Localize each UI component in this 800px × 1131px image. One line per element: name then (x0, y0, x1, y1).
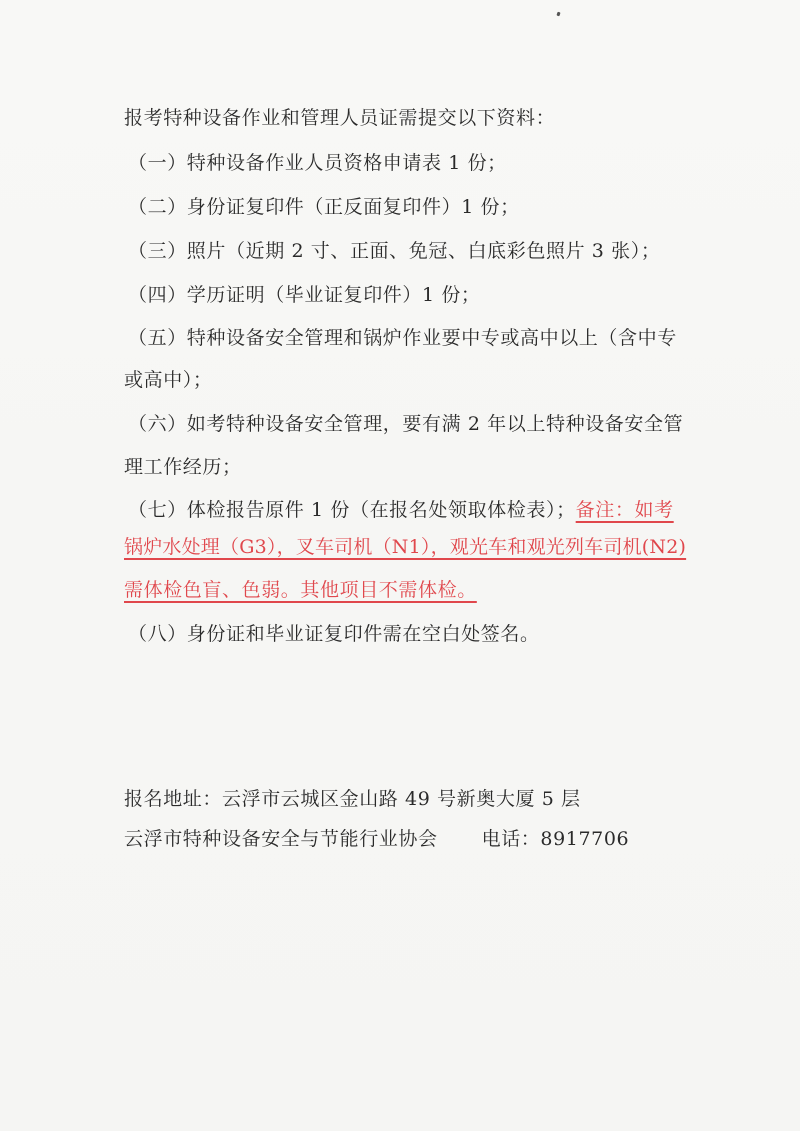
item-7-text: （七）体检报告原件 1 份（在报名处领取体检表）； (128, 499, 576, 521)
scan-speck (556, 12, 560, 17)
item-2: （二）身份证复印件（正反面复印件）1 份； (128, 195, 520, 219)
intro-heading: 报考特种设备作业和管理人员证需提交以下资料： (124, 106, 555, 130)
contact-line: 云浮市特种设备安全与节能行业协会电话：8917706 (124, 827, 629, 851)
item-5-line-2: 或高中）； (124, 368, 213, 392)
item-6-line-2: 理工作经历； (124, 455, 242, 479)
item-7: （七）体检报告原件 1 份（在报名处领取体检表）；备注：如考 (128, 498, 674, 522)
note-line-3: 需体检色盲、色弱。其他项目不需体检。 (124, 578, 477, 602)
organization-name: 云浮市特种设备安全与节能行业协会 (124, 828, 438, 850)
item-3: （三）照片（近期 2 寸、正面、免冠、白底彩色照片 3 张）； (128, 239, 660, 263)
item-6-line-1: （六）如考特种设备安全管理，要有满 2 年以上特种设备安全管 (128, 412, 683, 436)
item-8: （八）身份证和毕业证复印件需在空白处签名。 (128, 622, 540, 646)
item-4: （四）学历证明（毕业证复印件）1 份； (128, 283, 481, 307)
note-line-2: 锅炉水处理（G3），叉车司机（N1），观光车和观光列车司机(N2) (124, 535, 686, 559)
item-1: （一）特种设备作业人员资格申请表 1 份； (128, 151, 507, 175)
note-line-1: 备注：如考 (576, 499, 674, 521)
registration-address: 报名地址：云浮市云城区金山路 49 号新奥大厦 5 层 (124, 787, 581, 811)
document-page: 报考特种设备作业和管理人员证需提交以下资料： （一）特种设备作业人员资格申请表 … (0, 0, 800, 1131)
item-5-line-1: （五）特种设备安全管理和锅炉作业要中专或高中以上（含中专 (128, 326, 677, 350)
phone-number: 电话：8917706 (482, 828, 630, 850)
